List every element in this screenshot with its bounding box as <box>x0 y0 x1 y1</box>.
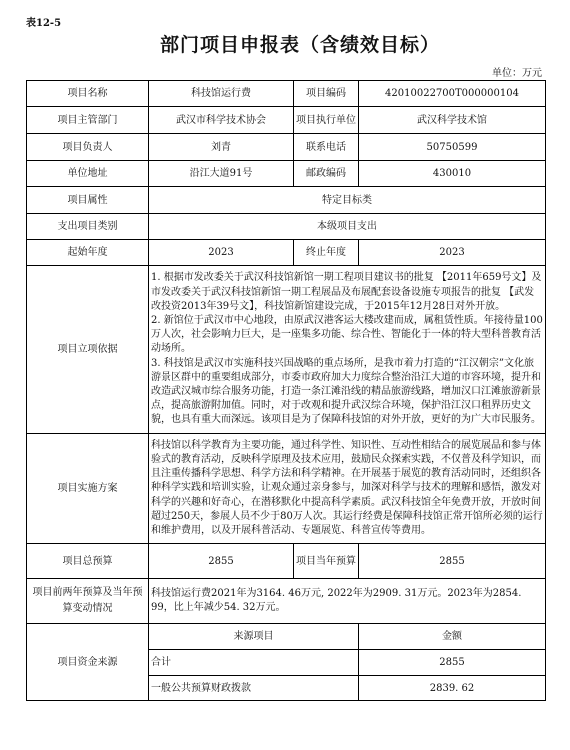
project-code-value: 42010022700T000000104 <box>359 81 546 107</box>
supervising-dept-label: 项目主管部门 <box>27 107 149 134</box>
table-row: 项目主管部门 武汉市科学技术协会 项目执行单位 武汉科学技术馆 <box>27 107 546 134</box>
executing-unit-value: 武汉科学技术馆 <box>359 107 546 134</box>
expense-category-label: 支出项目类别 <box>27 214 149 240</box>
basis-paragraph-2: 2. 新馆位于武汉市中心地段，由原武汉港客运大楼改建而成，属租赁性质。年接待量1… <box>151 314 543 357</box>
page-title: 部门项目申报表（含绩效目标） <box>0 30 570 57</box>
table-row: 项目名称 科技馆运行费 项目编码 42010022700T000000104 <box>27 81 546 107</box>
total-budget-label: 项目总预算 <box>27 544 149 579</box>
address-value: 沿江大道91号 <box>149 161 294 187</box>
table-row: 项目立项依据 1. 根据市发改委关于武汉科技馆新馆一期工程项目建议书的批复 【2… <box>27 266 546 434</box>
funding-source-item: 合计 <box>149 650 359 676</box>
table-row: 项目前两年预算及当年预算变动情况 科技馆运行费2021年为3164. 46万元,… <box>27 579 546 624</box>
table-row: 项目总预算 2855 项目当年预算 2855 <box>27 544 546 579</box>
budget-change-label: 项目前两年预算及当年预算变动情况 <box>27 579 149 624</box>
project-report-table: 项目名称 科技馆运行费 项目编码 42010022700T000000104 项… <box>26 80 546 701</box>
table-row: 项目负责人 刘青 联系电话 50750599 <box>27 134 546 161</box>
attribute-label: 项目属性 <box>27 187 149 214</box>
table-number: 表12-5 <box>26 14 61 29</box>
person-in-charge-label: 项目负责人 <box>27 134 149 161</box>
basis-text: 1. 根据市发改委关于武汉科技馆新馆一期工程项目建议书的批复 【2011年659… <box>149 266 546 434</box>
unit-label: 单位：万元 <box>492 64 542 79</box>
table-row: 单位地址 沿江大道91号 邮政编码 430010 <box>27 161 546 187</box>
project-code-label: 项目编码 <box>294 81 359 107</box>
total-budget-value: 2855 <box>149 544 294 579</box>
funding-amount-header: 金额 <box>359 624 546 650</box>
project-name-value: 科技馆运行费 <box>149 81 294 107</box>
basis-paragraph-1: 1. 根据市发改委关于武汉科技馆新馆一期工程项目建议书的批复 【2011年659… <box>151 271 543 314</box>
table-row: 起始年度 2023 终止年度 2023 <box>27 240 546 266</box>
start-year-value: 2023 <box>149 240 294 266</box>
funding-source-label: 项目资金来源 <box>27 624 149 701</box>
supervising-dept-value: 武汉市科学技术协会 <box>149 107 294 134</box>
plan-label: 项目实施方案 <box>27 434 149 544</box>
phone-value: 50750599 <box>359 134 546 161</box>
postal-code-label: 邮政编码 <box>294 161 359 187</box>
funding-source-header: 来源项目 <box>149 624 359 650</box>
plan-text: 科技馆以科学教育为主要功能，通过科学性、知识性、互动性相结合的展览展品和参与体验… <box>149 434 546 544</box>
expense-category-value: 本级项目支出 <box>149 214 546 240</box>
table-row: 支出项目类别 本级项目支出 <box>27 214 546 240</box>
funding-source-item: 一般公共预算财政拨款 <box>149 676 359 701</box>
postal-code-value: 430010 <box>359 161 546 187</box>
basis-paragraph-3: 3. 科技馆是武汉市实施科技兴国战略的重点场所，是我市着力打造的“江汉朝宗”文化… <box>151 357 543 428</box>
table-row: 项目资金来源 来源项目 金额 <box>27 624 546 650</box>
address-label: 单位地址 <box>27 161 149 187</box>
funding-amount-item: 2839. 62 <box>359 676 546 701</box>
person-in-charge-value: 刘青 <box>149 134 294 161</box>
current-year-budget-label: 项目当年预算 <box>294 544 359 579</box>
table-row: 项目实施方案 科技馆以科学教育为主要功能，通过科学性、知识性、互动性相结合的展览… <box>27 434 546 544</box>
current-year-budget-value: 2855 <box>359 544 546 579</box>
basis-label: 项目立项依据 <box>27 266 149 434</box>
end-year-value: 2023 <box>359 240 546 266</box>
attribute-value: 特定目标类 <box>149 187 546 214</box>
funding-amount-item: 2855 <box>359 650 546 676</box>
table-row: 项目属性 特定目标类 <box>27 187 546 214</box>
phone-label: 联系电话 <box>294 134 359 161</box>
start-year-label: 起始年度 <box>27 240 149 266</box>
project-name-label: 项目名称 <box>27 81 149 107</box>
executing-unit-label: 项目执行单位 <box>294 107 359 134</box>
end-year-label: 终止年度 <box>294 240 359 266</box>
budget-change-text: 科技馆运行费2021年为3164. 46万元, 2022年为2909. 31万元… <box>149 579 546 624</box>
